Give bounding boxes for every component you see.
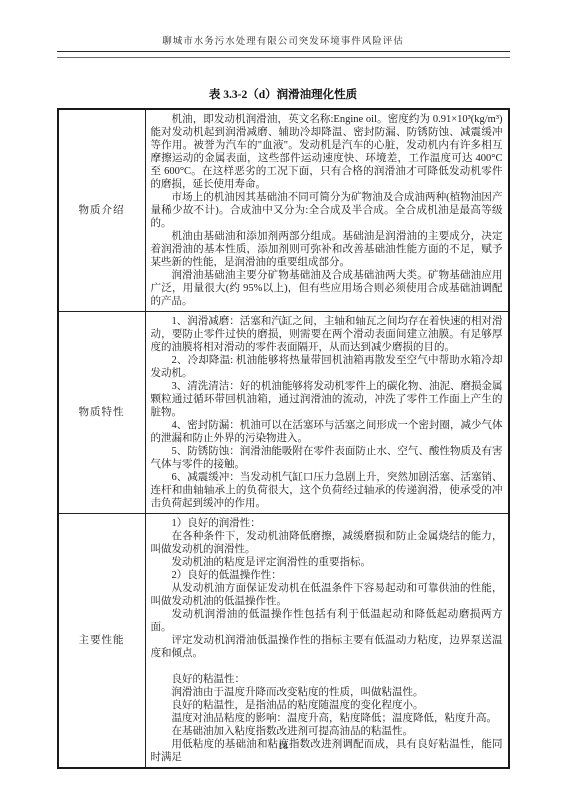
- table-row: 主要性能1）良好的润滑性：在各种条件下，发动机油降低磨擦，减缓磨损和防止金属烧结…: [58, 514, 509, 769]
- page-number: 18: [0, 742, 566, 752]
- cell-paragraph: 2）良好的低温操作性：: [151, 569, 503, 582]
- cell-paragraph: 温度对油品粘度的影响：温度升高，粘度降低；温度降低，粘度升高。: [151, 712, 503, 725]
- cell-paragraph: 1）良好的润滑性：: [151, 517, 503, 530]
- header-rule: [57, 51, 510, 52]
- cell-paragraph: 机油，即发动机润滑油，英文名称:Engine oil。密度约为 0.91×10³…: [151, 113, 503, 191]
- cell-paragraph: 良好的粘温性，是指油品的粘度随温度的变化程度小。: [151, 699, 503, 712]
- cell-paragraph: 润滑油基础油主要分矿物基础油及合成基础油两大类。矿物基础油应用广泛，用量很大(约…: [151, 269, 503, 308]
- cell-paragraph: 在基础油加入粘度指数改进剂可提高油品的粘温性。: [151, 725, 503, 738]
- cell-paragraph: 1、润滑减磨：活塞和汽缸之间，主轴和轴瓦之间均存在着快速的相对滑动，要防止零件过…: [151, 315, 503, 354]
- cell-paragraph: 良好的粘温性：: [151, 673, 503, 686]
- row-label: 物质介绍: [58, 109, 146, 312]
- cell-paragraph: 发动机润滑油的低温操作性包括有利于低温起动和降低起动磨损两方面。: [151, 608, 503, 634]
- row-content: 1）良好的润滑性：在各种条件下，发动机油降低磨擦，减缓磨损和防止金属烧结的能力，…: [145, 514, 509, 769]
- properties-table: 物质介绍机油，即发动机润滑油，英文名称:Engine oil。密度约为 0.91…: [57, 108, 510, 769]
- table-title: 表 3.3-2（d）润滑油理化性质: [57, 86, 510, 102]
- table-row: 物质介绍机油，即发动机润滑油，英文名称:Engine oil。密度约为 0.91…: [58, 109, 509, 312]
- header-rule-secondary: [57, 57, 510, 58]
- cell-paragraph: 5、防锈防蚀：润滑油能吸附在零件表面防止水、空气、酸性物质及有害气体与零件的接触…: [151, 445, 503, 471]
- cell-paragraph: 6、减震缓冲：当发动机气缸口压力急剧上升，突然加剧活塞、活塞销、连杆和曲轴轴承上…: [151, 471, 503, 510]
- row-label: 物质特性: [58, 312, 146, 514]
- cell-paragraph: 评定发动机润滑油低温操作性的指标主要有低温动力粘度，边界泵送温度和倾点。: [151, 634, 503, 660]
- row-content: 机油，即发动机润滑油，英文名称:Engine oil。密度约为 0.91×10³…: [145, 109, 509, 312]
- cell-paragraph: 市场上的机油因其基础油不同可简分为矿物油及合成油两种(植物油因产量稀少故不计)。…: [151, 191, 503, 230]
- document-page: 聊城市水务污水处理有限公司突发环境事件风险评估 表 3.3-2（d）润滑油理化性…: [0, 0, 566, 800]
- row-label: 主要性能: [58, 514, 146, 769]
- cell-paragraph: 润滑油由于温度升降而改变粘度的性质，叫做粘温性。: [151, 686, 503, 699]
- table-body: 物质介绍机油，即发动机润滑油，英文名称:Engine oil。密度约为 0.91…: [58, 109, 509, 768]
- cell-paragraph: 发动机油的粘度是评定润滑性的重要指标。: [151, 556, 503, 569]
- cell-paragraph: 3、清洗清洁：好的机油能够将发动机零件上的碳化物、油泥、磨损金属颗粒通过循环带回…: [151, 380, 503, 419]
- cell-paragraph: 2、冷却降温: 机油能够将热量带回机油箱再散发至空气中帮助水箱冷却发动机。: [151, 354, 503, 380]
- cell-paragraph: 机油由基础油和添加剂两部分组成。基础油是润滑油的主要成分，决定着润滑油的基本性质…: [151, 230, 503, 269]
- table-row: 物质特性1、润滑减磨：活塞和汽缸之间，主轴和轴瓦之间均存在着快速的相对滑动，要防…: [58, 312, 509, 514]
- row-content: 1、润滑减磨：活塞和汽缸之间，主轴和轴瓦之间均存在着快速的相对滑动，要防止零件过…: [145, 312, 509, 514]
- cell-paragraph: 从发动机油方面保证发动机在低温条件下容易起动和可靠供油的性能，叫做发动机油的低温…: [151, 582, 503, 608]
- cell-paragraph: 4、密封防漏：机油可以在活塞环与活塞之间形成一个密封圈，减少气体的泄漏和防止外界…: [151, 419, 503, 445]
- cell-paragraph: 在各种条件下，发动机油降低磨擦，减缓磨损和防止金属烧结的能力，叫做发动机的润滑性…: [151, 530, 503, 556]
- page-header-text: 聊城市水务污水处理有限公司突发环境事件风险评估: [57, 33, 510, 51]
